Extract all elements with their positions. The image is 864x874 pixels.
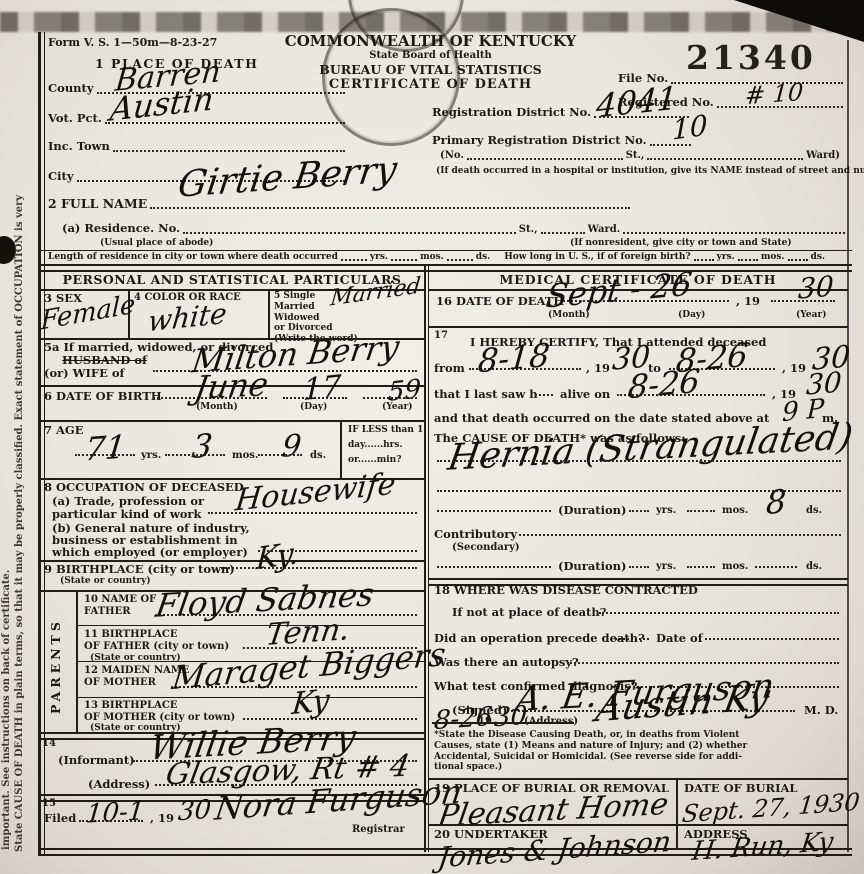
duration-ds: ds. bbox=[806, 505, 822, 517]
form-ref: Form V. S. 1—50m—8-23-27 bbox=[48, 36, 217, 49]
filed-year-prefix: , 19 bbox=[150, 812, 174, 826]
autopsy-label: Was there an autopsy? bbox=[434, 656, 579, 670]
registrar-label: Registrar bbox=[352, 824, 405, 836]
age-ds-caption: ds. bbox=[310, 450, 326, 462]
no-label: (No. bbox=[440, 150, 464, 162]
age-yrs-blank bbox=[75, 452, 135, 456]
full-name-blank bbox=[150, 205, 630, 209]
city-label: City bbox=[48, 170, 74, 184]
duration2-mos: mos. bbox=[722, 561, 748, 573]
dob-month-value: June bbox=[192, 368, 270, 404]
foreign-yrs-blank bbox=[694, 257, 714, 261]
length-yrs-blank bbox=[341, 257, 367, 261]
rule-column-divider-inner bbox=[428, 264, 429, 852]
age-yrs-caption: yrs. bbox=[141, 450, 161, 462]
dateof-label: Date of bbox=[656, 632, 703, 646]
length-ds: ds. bbox=[476, 252, 491, 263]
from-label: from bbox=[434, 362, 465, 376]
duration2-ds-blank bbox=[755, 564, 797, 568]
foreign-ds: ds. bbox=[811, 252, 826, 263]
occupation-b-line-3: which employed (or employer) bbox=[52, 546, 248, 560]
lastsaw-value: 8-26 bbox=[627, 365, 701, 404]
dod-day-caption: (Day) bbox=[678, 310, 705, 321]
autopsy-blank bbox=[567, 660, 839, 664]
commonwealth-heading: COMMONWEALTH OF KENTUCKY bbox=[283, 32, 578, 50]
foreign-yrs: yrs. bbox=[717, 252, 735, 263]
father-bp-label-3: (State or country) bbox=[90, 653, 181, 664]
duration-lead-blank bbox=[437, 508, 551, 512]
age-mos-blank bbox=[165, 452, 225, 456]
secondary-label: (Secondary) bbox=[452, 542, 520, 554]
rule-column-divider bbox=[424, 264, 426, 852]
dob-day-caption: (Day) bbox=[300, 402, 327, 413]
hospital-note: (If death occurred in a hospital or inst… bbox=[436, 166, 844, 177]
no-blank bbox=[467, 156, 623, 160]
age-yrs-value: 71 bbox=[83, 430, 127, 465]
dob-label: 6 DATE OF BIRTH bbox=[44, 390, 162, 404]
occupation-label: 8 OCCUPATION OF DECEASED bbox=[44, 481, 244, 495]
duration2-yrs-blank bbox=[629, 564, 649, 568]
race-value: white bbox=[147, 300, 228, 337]
foreign-label: How long in U. S., if of foreign birth? bbox=[504, 252, 690, 263]
board-heading: State Board of Health bbox=[283, 50, 578, 62]
rule-race-marital bbox=[268, 289, 270, 338]
dod-year-value: 30 bbox=[797, 272, 834, 303]
residence-st-blank bbox=[541, 230, 585, 234]
foreign-ds-blank bbox=[788, 257, 808, 261]
death-certificate-scan: State CAUSE OF DEATH in plain terms, so … bbox=[0, 0, 864, 874]
age-ds-blank bbox=[258, 452, 302, 456]
operation-blank bbox=[615, 636, 649, 640]
ifless-line-3: or......min? bbox=[348, 455, 401, 466]
dod-year-prefix: , 19 bbox=[736, 295, 760, 309]
dod-year-caption: (Year) bbox=[796, 310, 826, 321]
signed-address-value: Austin Ky bbox=[593, 680, 772, 729]
margin-note-line-b: important. See instructions on back of c… bbox=[1, 330, 13, 850]
alive-label: alive on bbox=[560, 388, 610, 402]
dob-day-value: 17 bbox=[303, 372, 342, 406]
st-label: St., bbox=[626, 150, 645, 162]
rule-left-4 bbox=[38, 420, 426, 422]
residence-blank bbox=[183, 230, 516, 234]
foreign-mos-blank bbox=[738, 257, 758, 261]
mother-label-2: OF MOTHER bbox=[84, 677, 156, 689]
form-left-border-inner bbox=[44, 32, 45, 854]
full-name-label: 2 FULL NAME bbox=[48, 196, 147, 211]
residence-ward-label: Ward. bbox=[588, 224, 621, 236]
primary-district-value: 10 bbox=[672, 111, 707, 144]
dod-month-caption: (Month) bbox=[548, 310, 590, 321]
duration2-lead-blank bbox=[437, 564, 551, 568]
cause-blank-1 bbox=[437, 458, 841, 462]
duration-yrs-blank bbox=[629, 508, 649, 512]
footnote-line-3: Accidental, Suicidal or Homicidal. (See … bbox=[434, 752, 846, 763]
md-label: M. D. bbox=[804, 704, 838, 718]
duration-ds-value: 8 bbox=[765, 485, 786, 519]
informant-number: 14 bbox=[42, 738, 56, 750]
length-ds-blank bbox=[447, 257, 473, 261]
mother-bp-value: Ky bbox=[290, 686, 330, 720]
to-year-prefix: , 19 bbox=[782, 362, 806, 376]
ward-label: Ward) bbox=[806, 150, 840, 162]
vot-pct-value: Austin bbox=[109, 82, 216, 125]
age-label: 7 AGE bbox=[44, 424, 84, 438]
contributory-blank bbox=[519, 532, 841, 536]
form-left-border bbox=[38, 32, 41, 854]
ifless-line-2: day......hrs. bbox=[348, 440, 403, 451]
birthplace-value: Ky. bbox=[255, 539, 300, 576]
residence-st-label: St., bbox=[519, 224, 538, 236]
filed-date-value: 10-1 bbox=[85, 798, 146, 827]
vot-pct-label: Vot. Pct. bbox=[48, 112, 102, 126]
contributory-label: Contributory bbox=[434, 528, 517, 542]
foreign-mos: mos. bbox=[761, 252, 785, 263]
from-year-prefix: , 19 bbox=[586, 362, 610, 376]
duration-mos: mos. bbox=[722, 505, 748, 517]
duration2-yrs: yrs. bbox=[656, 561, 676, 573]
certify-number: 17 bbox=[434, 330, 448, 342]
where-contracted-label: 18 WHERE WAS DISEASE CONTRACTED bbox=[434, 584, 698, 598]
inc-town-label: Inc. Town bbox=[48, 140, 110, 154]
birthplace-label: 9 BIRTHPLACE (city or town) bbox=[44, 563, 235, 577]
dob-year-caption: (Year) bbox=[382, 402, 412, 413]
reg-district-label: Registration District No. bbox=[432, 106, 591, 120]
filed-number: 15 bbox=[42, 798, 56, 810]
filed-label: Filed bbox=[44, 812, 76, 826]
inc-town-blank bbox=[113, 148, 345, 152]
duration2-ds: ds. bbox=[806, 561, 822, 573]
registered-no-value: # 10 bbox=[744, 80, 804, 108]
nonresident-note: (If nonresident, give city or town and S… bbox=[570, 238, 792, 249]
s5a-wife-label: (or) WIFE of bbox=[44, 367, 124, 381]
st-blank bbox=[647, 156, 803, 160]
rule-columns-top bbox=[38, 264, 852, 272]
age-ds-value: 9 bbox=[280, 431, 302, 463]
ifnot-label: If not at place of death? bbox=[452, 606, 606, 620]
scan-black-corner bbox=[734, 0, 864, 42]
rule-right-4 bbox=[429, 778, 848, 780]
informant-address-label: (Address) bbox=[88, 778, 150, 792]
footnote-line-1: *State the Disease Causing Death, or, in… bbox=[434, 730, 846, 741]
bureau-heading: BUREAU OF VITAL STATISTICS bbox=[283, 62, 578, 77]
abode-note: (Usual place of abode) bbox=[100, 238, 213, 249]
father-label-2: FATHER bbox=[84, 606, 131, 618]
primary-district-label: Primary Registration District No. bbox=[432, 134, 647, 148]
filed-year-value: 30 bbox=[177, 797, 212, 826]
dob-month-caption: (Month) bbox=[196, 402, 238, 413]
rule-parents-3 bbox=[76, 697, 426, 698]
dateof-blank bbox=[705, 636, 839, 640]
footnote-line-4: tional space.) bbox=[434, 762, 846, 773]
birthplace-state-caption: (State or country) bbox=[60, 576, 151, 587]
from-value: 8-18 bbox=[477, 339, 551, 378]
county-label: County bbox=[48, 82, 94, 96]
duration-mos-blank bbox=[687, 508, 715, 512]
length-mos: mos. bbox=[420, 252, 444, 263]
lastsaw-h-blank bbox=[535, 392, 553, 396]
footnote-line-2: Causes, state (1) Means and nature of In… bbox=[434, 741, 846, 752]
father-label-1: 10 NAME OF bbox=[84, 594, 156, 606]
lastsaw-label: that I last saw h bbox=[434, 388, 538, 402]
occupation-a-line-2: particular kind of work bbox=[52, 508, 201, 522]
duration-label: (Duration) bbox=[558, 504, 626, 518]
rule-right-2 bbox=[429, 326, 848, 328]
ifnot-blank bbox=[599, 610, 839, 614]
father-bp-label-2: OF FATHER (city or town) bbox=[84, 641, 229, 653]
informant-label: (Informant) bbox=[58, 754, 135, 768]
duration2-mos-blank bbox=[687, 564, 715, 568]
length-mos-blank bbox=[391, 257, 417, 261]
rule-under-residence bbox=[38, 250, 852, 251]
residence-ward-blank bbox=[623, 230, 845, 234]
rule-parents-1 bbox=[76, 625, 426, 626]
parents-label: PARENTS bbox=[48, 614, 63, 714]
rule-ifless-cell bbox=[340, 420, 342, 478]
residence-label: (a) Residence. No. bbox=[62, 222, 180, 236]
strike-over-date bbox=[432, 722, 574, 724]
reg-district-value: 4041 bbox=[595, 82, 678, 123]
length-label: Length of residence in city or town wher… bbox=[48, 252, 338, 263]
length-yrs: yrs. bbox=[370, 252, 388, 263]
mother-bp-label-1: 13 BIRTHPLACE bbox=[84, 700, 177, 712]
cause-value: Hernia (Strangulated) bbox=[445, 419, 855, 477]
birthplace-blank bbox=[221, 565, 417, 569]
duration-yrs: yrs. bbox=[656, 505, 676, 517]
rule-burial-divider bbox=[676, 778, 678, 850]
ifless-line-1: IF LESS than 1 bbox=[348, 425, 423, 436]
signed-year-value: 30 bbox=[493, 703, 528, 732]
father-bp-label-1: 11 BIRTHPLACE bbox=[84, 629, 177, 641]
margin-note-line-a: State CAUSE OF DEATH in plain terms, so … bbox=[14, 40, 26, 852]
marital-line-3: Widowed bbox=[274, 313, 358, 324]
rule-right-5 bbox=[429, 824, 848, 826]
duration2-label: (Duration) bbox=[558, 560, 626, 574]
